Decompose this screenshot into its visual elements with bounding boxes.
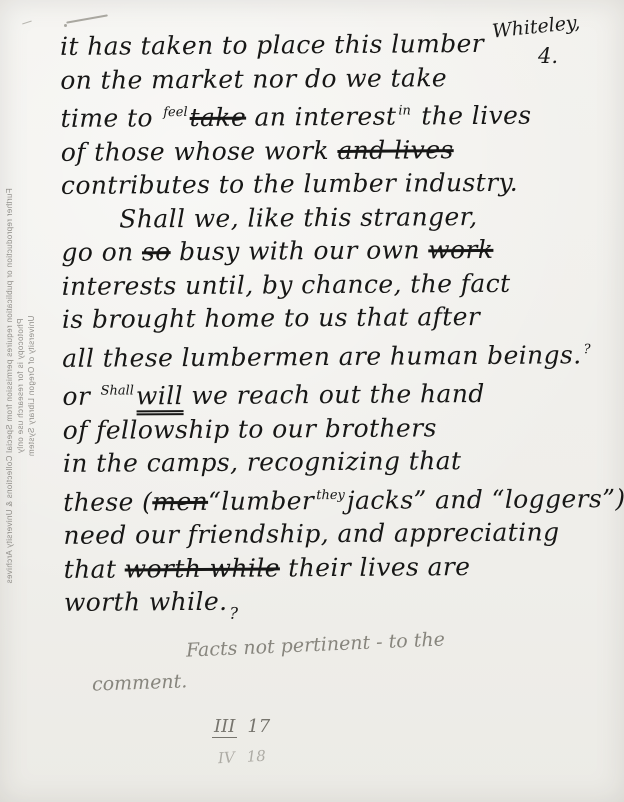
manuscript-segment: on the market nor do we take (60, 63, 447, 95)
paper-background: Whiteley, 4. Further reproduction or pub… (0, 0, 624, 802)
manuscript-segment: that (64, 554, 125, 583)
manuscript: it has taken to place this lumberon the … (60, 26, 612, 631)
manuscript-line: worth while.? (64, 582, 612, 631)
manuscript-segment: these ( (63, 487, 152, 517)
manuscript-segment: need our friendship, and appreciating (63, 517, 559, 549)
manuscript-segment: in the camps, recognizing that (63, 446, 462, 478)
manuscript-line: time to feeltake an interestin the lives (60, 93, 608, 135)
manuscript-segment: the lives (413, 101, 532, 131)
manuscript-segment-strike: men (152, 486, 208, 515)
manuscript-segment: contributes to the lumber industry. (61, 168, 518, 200)
manuscript-segment: of fellowship to our brothers (63, 413, 437, 445)
manuscript-segment: worth while. (64, 587, 228, 617)
manuscript-segment-strike: take (190, 103, 247, 132)
manuscript-line: contributes to the lumber industry. (61, 165, 609, 202)
manuscript-segment: interests until, by chance, the fact (62, 268, 511, 300)
manuscript-segment: “lumber (208, 486, 314, 516)
manuscript-segment: all these lumbermen are human beings. (62, 340, 582, 373)
manuscript-line: or Shallwill we reach out the hand (62, 371, 610, 413)
manuscript-line: is brought home to us that after (62, 299, 610, 336)
manuscript-segment-sup: feel (163, 105, 187, 120)
manuscript-segment: their lives are (280, 552, 471, 582)
stamp-line: University of Oregon Library System (26, 174, 37, 598)
roman-numeral: III (212, 716, 237, 738)
stamp-line: Further reproduction or publication requ… (4, 174, 15, 598)
manuscript-line: Shall we, like this stranger, (61, 199, 609, 236)
manuscript-segment-sup: they (316, 487, 345, 502)
manuscript-segment: go on (61, 237, 142, 267)
pencil-note-numbering-1: III17 (212, 716, 270, 737)
manuscript-segment: time to (60, 103, 161, 133)
scratch-mark (66, 14, 108, 23)
manuscript-segment-strike: worth while (125, 553, 280, 583)
manuscript-segment: is brought home to us that after (62, 302, 480, 334)
manuscript-segment-strike: so (142, 237, 171, 266)
pencil-note-line1: Facts not pertinent - to the (186, 628, 446, 661)
manuscript-line: on the market nor do we take (60, 60, 608, 97)
manuscript-line: these (men“lumbertheyjacks” and “loggers… (63, 477, 611, 519)
manuscript-segment: or (62, 382, 98, 411)
manuscript-segment: busy with our own (171, 235, 429, 266)
roman-numeral: IV (216, 748, 238, 767)
manuscript-segment-strike: work (428, 235, 493, 264)
manuscript-segment-sup: in (398, 103, 411, 118)
manuscript-line: go on so busy with our own work (61, 232, 609, 269)
manuscript-line: in the camps, recognizing that (63, 443, 611, 480)
pencil-note-line2: comment. (92, 670, 188, 695)
scanned-manuscript-page: { "header": { "name": "Whiteley,", "page… (0, 0, 624, 802)
manuscript-segment-sup: Shall (101, 383, 134, 398)
manuscript-line: it has taken to place this lumber (60, 26, 608, 63)
stamp-line: Photocopy is for research use only (15, 174, 26, 598)
manuscript-segment-underline: will (136, 381, 183, 415)
manuscript-line: of fellowship to our brothers (63, 410, 611, 447)
manuscript-segment: we reach out the hand (183, 379, 485, 410)
manuscript-segment-strike: and lives (337, 135, 453, 165)
manuscript-segment-sup: ? (583, 342, 590, 357)
copyright-stamp-mirrored: Further reproduction or publication requ… (4, 174, 40, 598)
scratch-mark (22, 20, 32, 24)
manuscript-line: need our friendship, and appreciating (63, 515, 611, 552)
pencil-note-numbering-2: IV18 (216, 747, 267, 768)
manuscript-line: that worth while their lives are (64, 549, 612, 586)
manuscript-segment: jacks” and “loggers”) (347, 483, 624, 514)
manuscript-segment: it has taken to place this lumber (60, 29, 484, 61)
manuscript-segment: of those whose work (61, 135, 338, 166)
manuscript-segment: an interest (246, 102, 396, 132)
note-number: 18 (246, 747, 266, 766)
manuscript-line: all these lumbermen are human beings.? (62, 333, 610, 375)
manuscript-line: interests until, by chance, the fact (62, 266, 610, 303)
note-number: 17 (247, 716, 270, 737)
manuscript-segment: Shall we, like this stranger, (119, 202, 478, 234)
manuscript-line: of those whose work and lives (61, 132, 609, 169)
manuscript-segment-sub: ? (229, 604, 238, 623)
scratch-mark (64, 24, 67, 27)
